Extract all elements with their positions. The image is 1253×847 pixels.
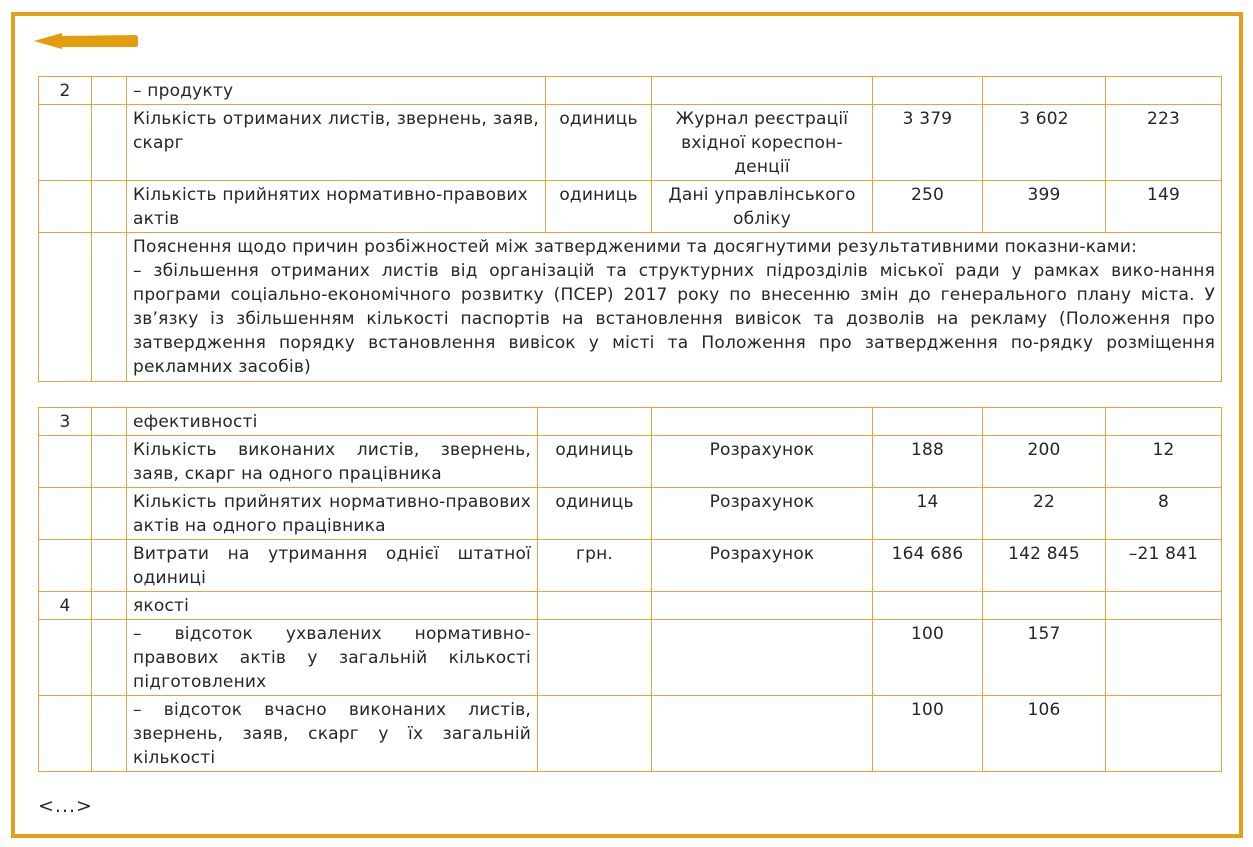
metric-planned: 188 — [873, 436, 983, 488]
table-row: Пояснення щодо причин розбіжностей між з… — [39, 233, 1222, 382]
metric-planned: 3 379 — [873, 105, 983, 181]
metric-planned: 250 — [873, 181, 983, 233]
metric-actual: 157 — [983, 620, 1106, 696]
results-table-efficiency-quality: 3 ефективності Кількість виконаних листі… — [38, 407, 1222, 772]
metric-name: – відсоток ухвалених нормативно-правових… — [127, 620, 538, 696]
metric-diff — [1106, 620, 1222, 696]
metric-actual: 3 602 — [983, 105, 1106, 181]
metric-diff: 149 — [1106, 181, 1222, 233]
metric-unit: грн. — [538, 540, 652, 592]
section-title: якості — [127, 592, 538, 620]
table-row: Витрати на утримання однієї штатної один… — [39, 540, 1222, 592]
metric-source: Дані управлінського обліку — [652, 181, 873, 233]
table-row: Кількість виконаних листів, звернень, за… — [39, 436, 1222, 488]
metric-planned: 164 686 — [873, 540, 983, 592]
metric-name: Кількість отриманих листів, звернень, за… — [127, 105, 546, 181]
metric-diff — [1106, 696, 1222, 772]
metric-unit — [538, 696, 652, 772]
table-row: 3 ефективності — [39, 408, 1222, 436]
omitted-content-marker: <...> — [38, 795, 93, 817]
metric-diff: –21 841 — [1106, 540, 1222, 592]
metric-diff: 223 — [1106, 105, 1222, 181]
table-row: – відсоток ухвалених нормативно-правових… — [39, 620, 1222, 696]
metric-diff: 8 — [1106, 488, 1222, 540]
section-number: 3 — [39, 408, 92, 436]
left-arrow-icon — [34, 32, 138, 50]
metric-source: Розрахунок — [652, 488, 873, 540]
metric-name: Кількість прийнятих нормативно-правових … — [127, 181, 546, 233]
metric-actual: 142 845 — [983, 540, 1106, 592]
metric-actual: 106 — [983, 696, 1106, 772]
metric-planned: 14 — [873, 488, 983, 540]
metric-unit — [538, 620, 652, 696]
section-title: ефективності — [127, 408, 538, 436]
metric-source: Розрахунок — [652, 436, 873, 488]
table-row: 4 якості — [39, 592, 1222, 620]
metric-source: Журнал реєстрації вхідної кореспон-денці… — [652, 105, 873, 181]
metric-unit: одиниць — [538, 488, 652, 540]
metric-unit: одиниць — [546, 105, 652, 181]
back-button[interactable] — [34, 32, 138, 50]
metric-diff: 12 — [1106, 436, 1222, 488]
metric-name: Витрати на утримання однієї штатної один… — [127, 540, 538, 592]
metric-source: Розрахунок — [652, 540, 873, 592]
metric-source — [652, 696, 873, 772]
metric-name: Кількість виконаних листів, звернень, за… — [127, 436, 538, 488]
metric-name: – відсоток вчасно виконаних листів, звер… — [127, 696, 538, 772]
results-table-product: 2 – продукту Кількість отриманих листів,… — [38, 76, 1222, 382]
section-number: 4 — [39, 592, 92, 620]
table-row: 2 – продукту — [39, 77, 1222, 105]
metric-actual: 22 — [983, 488, 1106, 540]
metric-source — [652, 620, 873, 696]
discrepancy-note: Пояснення щодо причин розбіжностей між з… — [127, 233, 1222, 382]
table-row: Кількість отриманих листів, звернень, за… — [39, 105, 1222, 181]
metric-unit: одиниць — [546, 181, 652, 233]
metric-unit: одиниць — [538, 436, 652, 488]
section-number: 2 — [39, 77, 92, 105]
note-body: – збільшення отриманих листів від органі… — [133, 259, 1215, 379]
metric-planned: 100 — [873, 620, 983, 696]
metric-actual: 200 — [983, 436, 1106, 488]
table-row: Кількість прийнятих нормативно-правових … — [39, 181, 1222, 233]
section-title: – продукту — [127, 77, 546, 105]
table-row: Кількість прийнятих нормативно-правових … — [39, 488, 1222, 540]
metric-planned: 100 — [873, 696, 983, 772]
table-row: – відсоток вчасно виконаних листів, звер… — [39, 696, 1222, 772]
metric-name: Кількість прийнятих нормативно-правових … — [127, 488, 538, 540]
metric-actual: 399 — [983, 181, 1106, 233]
note-heading: Пояснення щодо причин розбіжностей між з… — [133, 235, 1215, 259]
